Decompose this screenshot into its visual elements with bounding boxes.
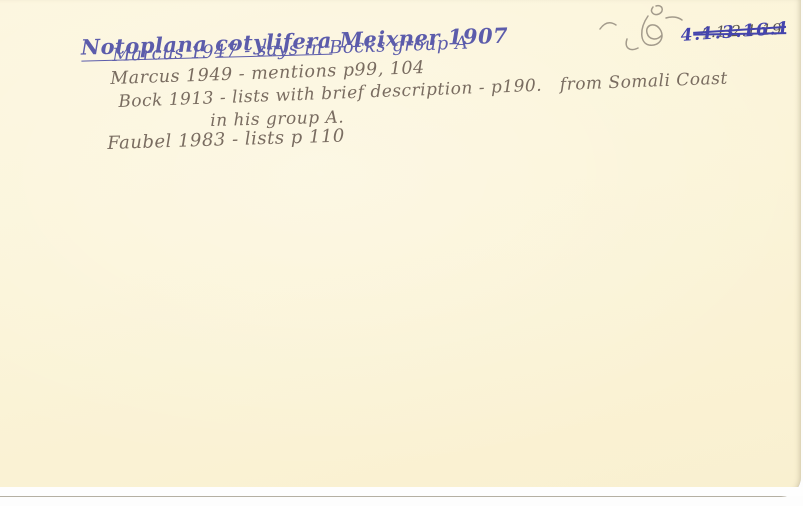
note-faubel-1983: Faubel 1983 - lists p 110 [107,126,345,154]
scanner-bed-strip [0,487,803,496]
scanned-index-card: Notoplana cotylifera Meixner 1907 Marcus… [0,0,803,506]
index-card: Notoplana cotylifera Meixner 1907 Marcus… [0,0,801,497]
pencil-scribble-mark [596,2,696,57]
